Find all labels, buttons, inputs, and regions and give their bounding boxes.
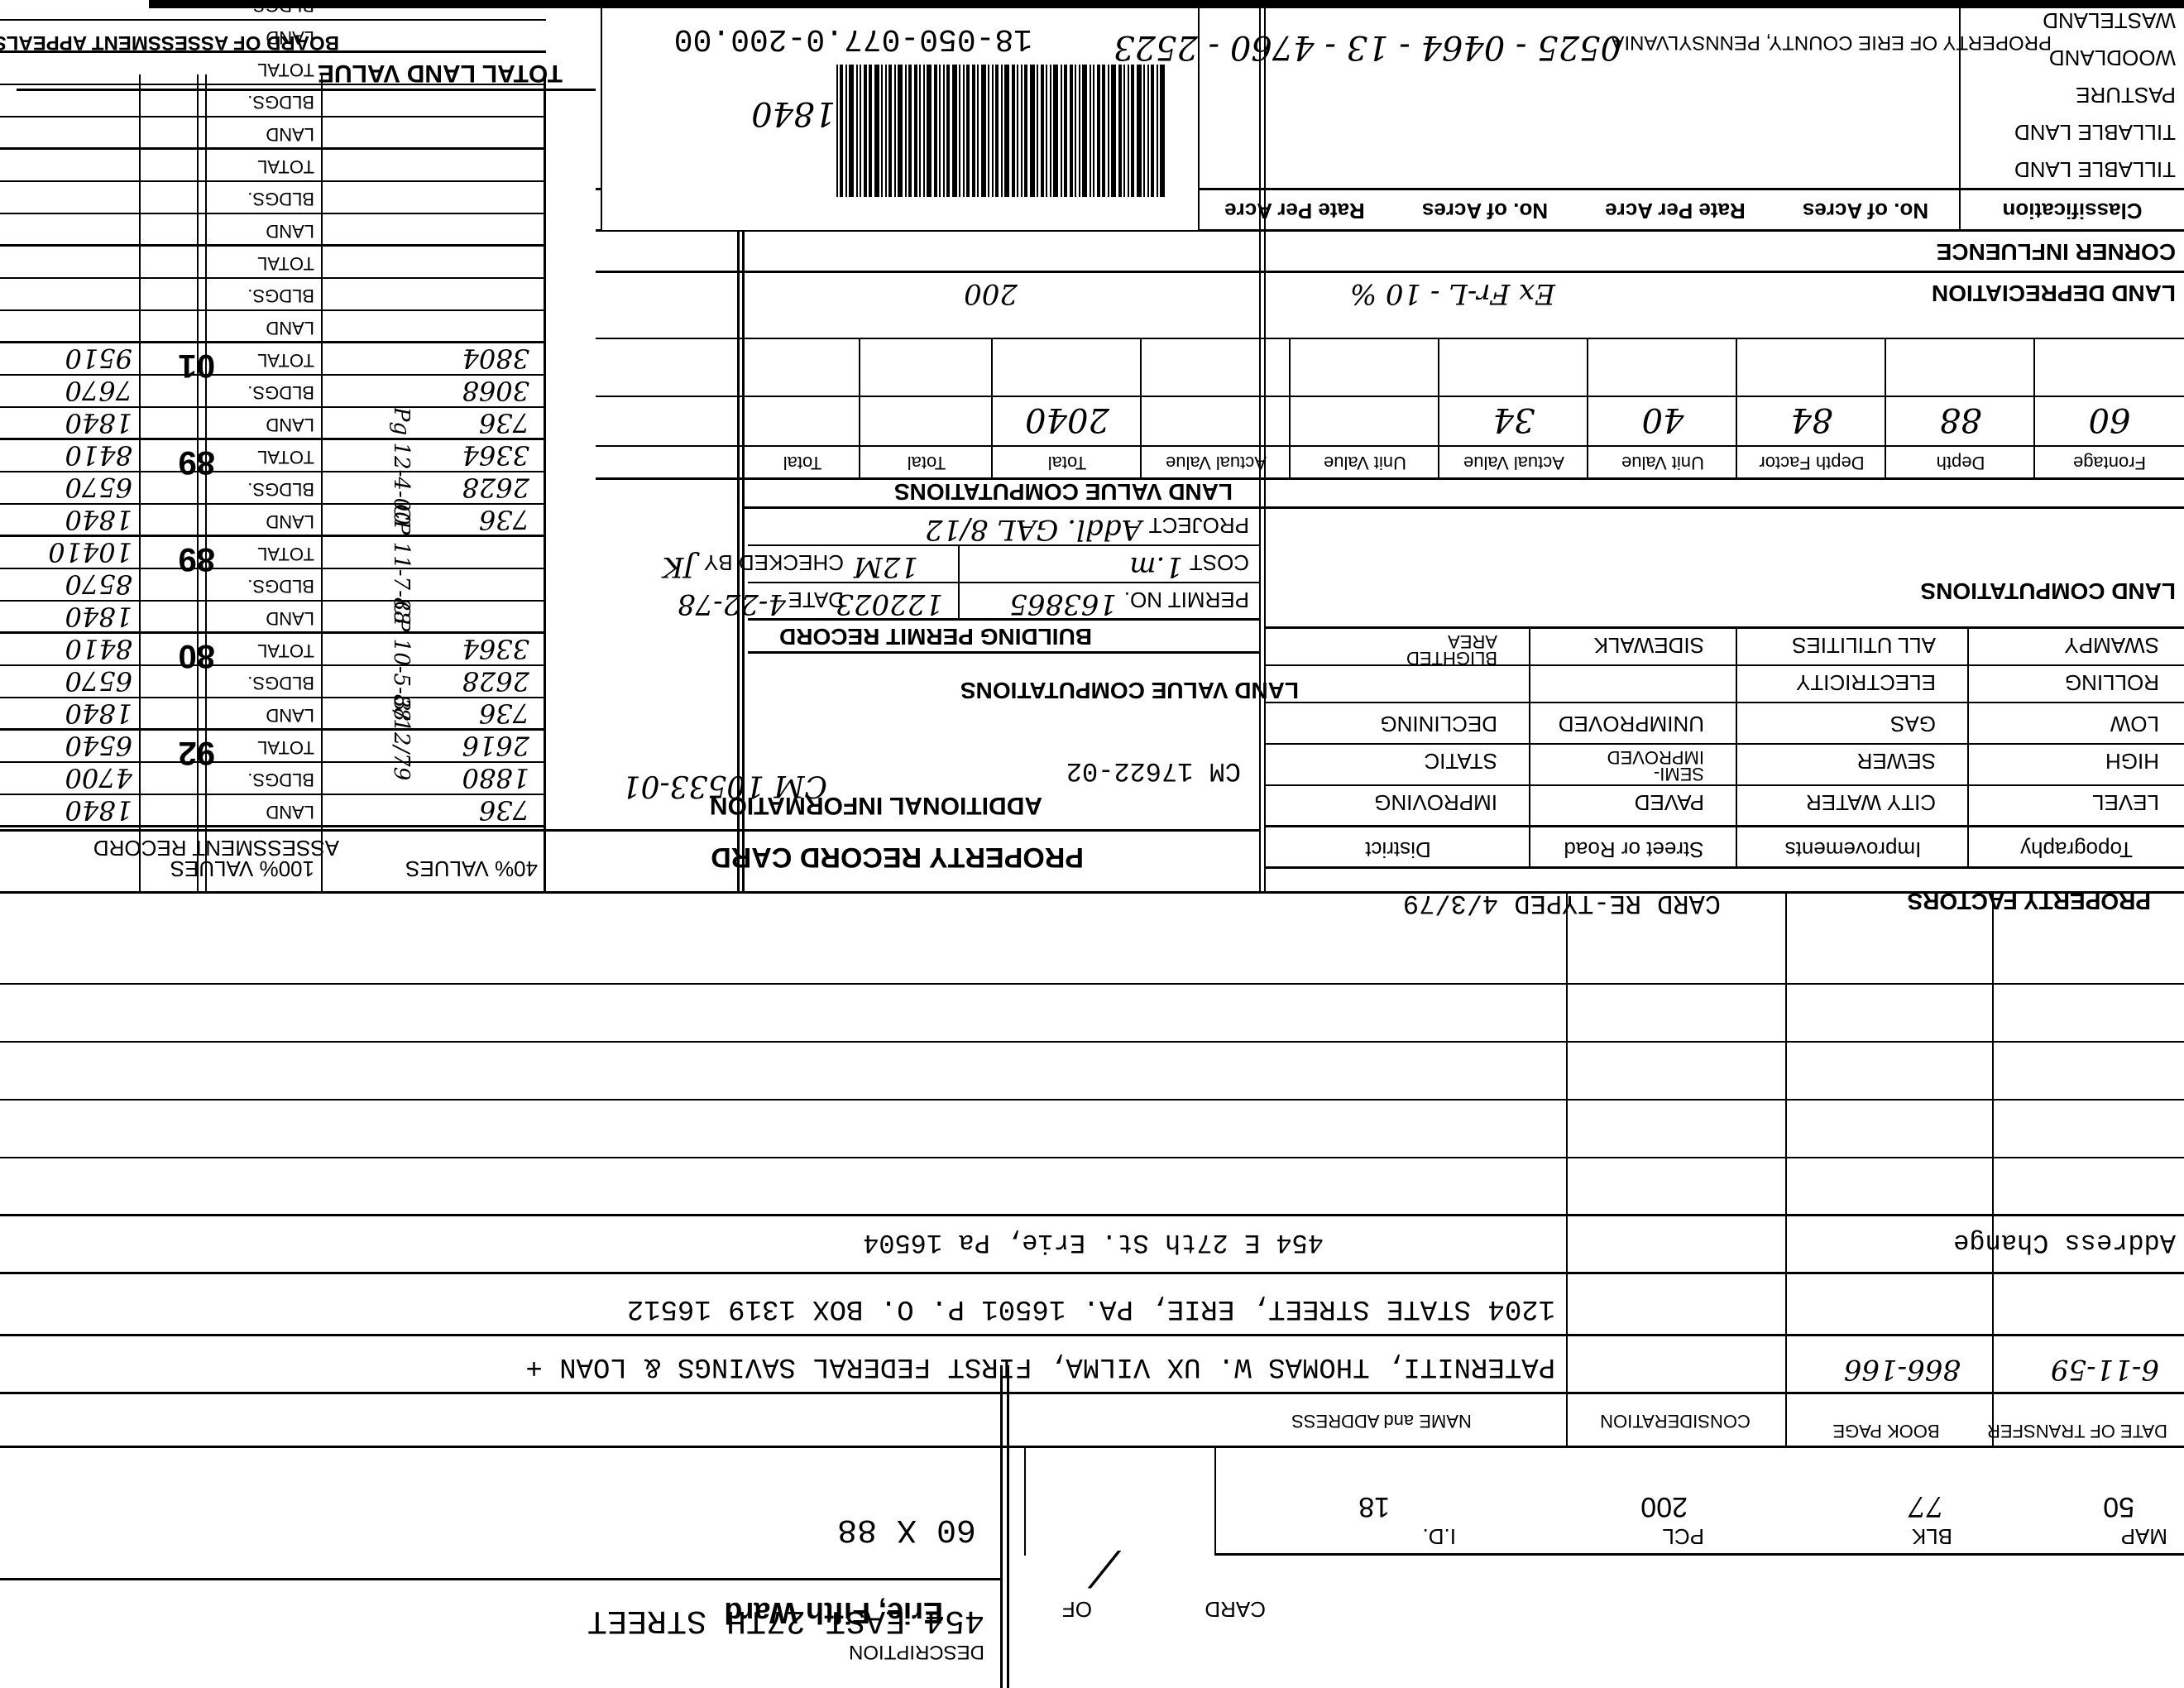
land-value-header: Actual Value: [1439, 452, 1588, 473]
transfer-date: 6-11-59: [2051, 1353, 2159, 1386]
assessment-row-label: LAND: [266, 220, 314, 242]
barcode-bar: [1137, 65, 1142, 197]
assessment-100-value: 1840: [65, 407, 132, 439]
rule: [596, 271, 2184, 273]
assessment-40-value: 736: [479, 794, 529, 826]
barcode-bar: [1079, 65, 1080, 197]
rule: [0, 568, 546, 569]
street-header: Street or Road: [1530, 837, 1737, 862]
rule: [596, 396, 2184, 397]
rule: [596, 338, 2184, 339]
rule: [0, 147, 546, 150]
barcode-bar: [1151, 65, 1154, 197]
assessment-100-value: 1840: [65, 698, 132, 729]
rule: [321, 74, 323, 894]
barcode-bar: [1131, 65, 1134, 197]
barcode-bar: [874, 65, 879, 197]
rule: [0, 600, 546, 602]
factor-blighted-area: BLIGHTED AREA: [1373, 633, 1497, 666]
topography-header: Topography: [1969, 837, 2184, 862]
assessment-100-value: 1840: [65, 504, 132, 535]
rule: [0, 503, 546, 505]
barcode-bar: [885, 65, 887, 197]
assessment-row-label: TOTAL: [257, 59, 314, 80]
barcode-bar: [927, 65, 932, 197]
county-title: PROPERTY OF ERIE COUNTY, PENNSYLVANIA: [1611, 31, 2052, 54]
barcode-bar: [1004, 65, 1009, 197]
barcode-bar: [1024, 65, 1027, 197]
barcode-bar: [946, 65, 950, 197]
land-value-cell: 84: [1737, 400, 1886, 439]
rule: [1785, 894, 1787, 1448]
barcode-bar: [845, 65, 847, 197]
barcode-bar: [995, 65, 999, 197]
rule: [1266, 702, 2184, 703]
barcode-bar: [1097, 65, 1100, 197]
barcode-bar: [939, 65, 941, 197]
barcode-bar: [943, 65, 945, 197]
rule: [0, 406, 546, 408]
factor-static: STATIC: [1424, 748, 1497, 774]
rule: [0, 1272, 2184, 1274]
factor-semi-improved: SEMI-IMPROVED: [1572, 749, 1704, 782]
rule: [0, 1578, 1001, 1580]
transfer-name: PATERNITI, THOMAS W. UX VILMA, FIRST FED…: [525, 1350, 1555, 1382]
barcode-bar: [869, 65, 872, 197]
assessment-40-value: 736: [479, 407, 529, 439]
rule: [0, 983, 2184, 985]
barcode-bar: [1050, 65, 1051, 197]
transfer-new-address: 454 E 27th St. Erie, Pa 16504: [863, 1227, 1324, 1258]
barcode-bar: [923, 65, 925, 197]
rule: [1266, 866, 2184, 869]
rule: [0, 829, 1261, 832]
description-value: 454 EAST 27TH STREET: [587, 1601, 984, 1638]
permit-no-value-2: 122023: [836, 587, 943, 621]
factor-swampy: SWAMPY: [2064, 632, 2159, 658]
assessment-40-value: 3364: [462, 633, 529, 664]
cost-value-2: 12M: [854, 550, 918, 583]
barcode-bar: [1064, 65, 1067, 197]
rule: [1264, 0, 1266, 894]
barcode-bar: [977, 65, 979, 197]
barcode-bar: [1012, 65, 1015, 197]
rule: [0, 1157, 2184, 1158]
assessment-row-label: LAND: [266, 26, 314, 48]
transfer-book-page: 866-166: [1844, 1353, 1961, 1386]
property-record-card-title: PROPERTY RECORD CARD: [711, 841, 1084, 873]
acreage-row-tillable-2: TILLABLE LAND: [2014, 119, 2176, 145]
rule: [748, 582, 1261, 583]
rule: [0, 244, 546, 247]
rule: [0, 664, 546, 666]
land-value-cell: 34: [1439, 400, 1588, 439]
assessment-year-stamp: 89: [179, 540, 216, 578]
barcode-bar: [1157, 65, 1158, 197]
assessment-row-label: LAND: [266, 704, 314, 726]
retyped-note: CARD RE-TYPED 4/3/79: [1403, 888, 1721, 918]
land-depreciation-label: LAND DEPRECIATION: [1932, 280, 2176, 306]
land-value-header: Frontage: [2035, 452, 2184, 473]
barcode-bar: [1118, 65, 1122, 197]
assessment-100-value: 1840: [65, 794, 132, 826]
barcode-bar: [1061, 65, 1062, 197]
barcode-bar: [1030, 65, 1035, 197]
cost-value: 1.m: [1129, 550, 1183, 583]
cost-label: COST: [1190, 549, 1249, 575]
land-value-cell: 88: [1886, 400, 2035, 439]
assessment-row-label: TOTAL: [257, 156, 314, 177]
assessment-100-value: 7670: [65, 375, 132, 406]
rule: [0, 116, 546, 117]
project-label: PROJECT: [1149, 512, 1249, 538]
rule: [743, 339, 745, 480]
barcode-bar: [881, 65, 883, 197]
barcode-bar: [966, 65, 970, 197]
rate-header-2: Rate Per Acre: [1200, 198, 1390, 223]
checked-by-value: JK: [663, 550, 695, 583]
barcode-bar: [1082, 65, 1087, 197]
barcode-bar: [905, 65, 907, 197]
barcode-bar: [914, 65, 917, 197]
barcode-text: 18-050-077.0-200.00: [674, 21, 1032, 56]
pcl-value: 200: [1640, 1490, 1688, 1523]
improvements-header: Improvements: [1737, 837, 1969, 862]
top-edge-bar: [149, 0, 2184, 8]
col-100-header: 100% VALUES: [170, 856, 314, 881]
assessment-40-value: 736: [479, 504, 529, 535]
building-permit-title: BUILDING PERMIT RECORD: [779, 623, 1092, 650]
assessment-100-value: 8410: [65, 633, 132, 664]
barcode-bar: [1037, 65, 1038, 197]
assessment-row-label: TOTAL: [257, 736, 314, 758]
assessment-100-value: 1840: [65, 601, 132, 632]
land-depreciation-value: 200: [964, 277, 1018, 310]
rule: [1214, 1448, 1216, 1556]
rule: [1266, 743, 2184, 745]
barcode-bar: [988, 65, 989, 197]
col-40-header: 40% VALUES: [405, 856, 538, 881]
handwritten-code: 0525 - 0464 - 13 - 4760 - 2523: [1114, 28, 1621, 66]
rule: [0, 1214, 2184, 1216]
assessment-year-stamp: 89: [179, 444, 216, 481]
assessment-40-value: 2628: [462, 472, 529, 503]
rule: [0, 761, 546, 763]
assessment-year-stamp: 80: [179, 637, 216, 674]
total-land-value-label: TOTAL LAND VALUE: [318, 59, 563, 87]
assessment-row-label: LAND: [266, 607, 314, 629]
barcode-bar: [1090, 65, 1091, 197]
permit-date-value: 4-22-78: [678, 587, 786, 621]
factor-sidewalk: SIDEWALK: [1594, 632, 1704, 658]
acreage-row-woodland: WOODLAND: [2049, 45, 2176, 70]
barcode-label: 18-050-077.0-200.00: [601, 0, 1200, 232]
rule: [0, 794, 546, 795]
rule: [1216, 1553, 2184, 1556]
total-land-value: 1840: [751, 94, 836, 132]
assessment-row-label: BLDGS.: [247, 672, 314, 693]
barcode-bar: [1075, 65, 1076, 197]
card-label: CARD: [1205, 1596, 1266, 1622]
barcode-bar: [981, 65, 986, 197]
land-value-computations-title: LAND VALUE COMPUTATIONS: [894, 478, 1233, 505]
barcode-bar: [894, 65, 896, 197]
land-value-cell: 2040: [993, 400, 1142, 439]
land-value-header: Total: [860, 452, 993, 473]
assessment-row-label: BLDGS.: [247, 188, 314, 209]
consideration-header: CONSIDERATION: [1572, 1410, 1779, 1431]
district-header: District: [1266, 837, 1530, 862]
barcode-bar: [1128, 65, 1129, 197]
barcode-bar: [1041, 65, 1044, 197]
acres-header-2: No. of Acres: [1390, 198, 1580, 223]
transfer-address: 1204 STATE STREET, ERIE, PA. 16501 P. O.…: [627, 1292, 1555, 1324]
barcode-bar: [908, 65, 912, 197]
map-label: MAP: [2121, 1523, 2167, 1549]
barcode-bar: [898, 65, 903, 197]
barcode-bar: [1143, 65, 1145, 197]
rule: [0, 471, 546, 472]
assessment-row-label: LAND: [266, 801, 314, 822]
rule: [0, 1446, 2184, 1448]
factor-unimproved: UNIMPROVED: [1559, 711, 1704, 736]
assessment-row-label: BLDGS.: [247, 381, 314, 403]
property-factors-title: PROPERTY FACTORS: [1907, 888, 2151, 914]
assessment-100-value: 8570: [65, 568, 132, 600]
property-record-card: ⁄ CARD OF Erie, Fifth Ward MAP 50 BLK 77…: [0, 0, 2184, 1688]
rule: [0, 891, 2184, 894]
land-value-cell: 60: [2035, 400, 2184, 439]
barcode-bar: [836, 65, 838, 197]
rule: [0, 277, 546, 279]
rule: [1000, 1365, 1003, 1688]
assessment-row-label: LAND: [266, 511, 314, 532]
assessment-100-value: 6570: [65, 665, 132, 697]
assessment-note: Pg 12-4-00: [389, 407, 414, 525]
rule: [0, 213, 546, 214]
id-value: 18: [1358, 1490, 1390, 1523]
rate-header-1: Rate Per Acre: [1580, 198, 1770, 223]
land-value-cell: 40: [1588, 400, 1737, 439]
land-computations-title: LAND COMPUTATIONS: [1921, 578, 2177, 604]
book-page-header: BOOK PAGE: [1787, 1422, 1985, 1440]
assessment-40-value: 736: [479, 698, 529, 729]
assessment-40-value: 3068: [462, 375, 529, 406]
barcode-bar: [1017, 65, 1018, 197]
barcode-bar: [963, 65, 965, 197]
assessment-row-label: TOTAL: [257, 252, 314, 274]
barcode-bar: [959, 65, 960, 197]
assessment-row-label: TOTAL: [257, 349, 314, 371]
barcode-bar: [840, 65, 843, 197]
rule: [748, 618, 1261, 621]
assessment-40-value: 1880: [462, 762, 529, 794]
rule: [0, 19, 546, 21]
barcode-bar: [1046, 65, 1047, 197]
land-value-header: Unit Value: [1588, 452, 1737, 473]
rule: [139, 74, 141, 894]
rule: [0, 50, 546, 53]
land-depreciation-note: Ex Fr-L - 10 %: [1350, 277, 1555, 310]
assessment-row-label: LAND: [266, 414, 314, 435]
rule: [1992, 894, 1994, 1448]
rule: [1266, 626, 2184, 629]
barcode-bar: [864, 65, 867, 197]
barcode-bar: [856, 65, 858, 197]
land-value-header: Depth Factor: [1737, 452, 1886, 473]
rule: [544, 74, 546, 894]
blk-label: BLK: [1912, 1523, 1952, 1549]
blk-value: 77: [1909, 1489, 1944, 1523]
barcode-bar: [1093, 65, 1094, 197]
factor-gas: GAS: [1890, 711, 1936, 736]
rule: [1024, 1448, 1026, 1556]
factor-all-utilities: ALL UTILITIES: [1792, 632, 1936, 658]
id-label: I.D.: [1423, 1523, 1456, 1549]
address-change-label: Address Change: [1953, 1227, 2176, 1258]
additional-info-typed: CM 17622-02: [1066, 755, 1241, 786]
factor-electricity: ELECTRICITY: [1796, 669, 1936, 695]
pcl-label: PCL: [1662, 1523, 1704, 1549]
additional-info-handwritten: CM 10533-01: [622, 769, 827, 803]
assessment-100-value: 6570: [65, 472, 132, 503]
barcode-bar: [1021, 65, 1023, 197]
land-value-title: LAND VALUE COMPUTATIONS: [960, 677, 1299, 703]
factor-improving: IMPROVING: [1374, 789, 1497, 815]
assessment-row-label: TOTAL: [257, 446, 314, 468]
rule: [0, 1099, 2184, 1101]
land-value-header: Depth: [1886, 452, 2035, 473]
assessment-row-label: BLDGS.: [247, 478, 314, 500]
assessment-40-value: 3364: [462, 439, 529, 471]
rule: [958, 546, 960, 621]
factor-low: LOW: [2110, 711, 2159, 736]
assessment-row-label: LAND: [266, 317, 314, 338]
barcode-bar: [888, 65, 892, 197]
assessment-100-value: 8410: [65, 439, 132, 471]
land-value-header: Unit Value: [1291, 452, 1439, 473]
assessment-year-stamp: 01: [179, 347, 216, 384]
corner-influence-label: CORNER INFLUENCE: [1937, 238, 2176, 265]
rule: [0, 1392, 2184, 1394]
name-address-header: NAME and ADDRESS: [1208, 1410, 1555, 1431]
rule: [0, 697, 546, 698]
checked-by-label: CHECKED BY: [704, 549, 844, 575]
rule: [0, 341, 546, 343]
rule: [0, 309, 546, 311]
assessment-row-label: LAND: [266, 123, 314, 145]
of-label: OF: [1062, 1596, 1092, 1622]
project-value: Addl. GAL 8/12: [925, 513, 1142, 546]
rule: [0, 180, 546, 182]
factor-rolling: ROLLING: [2065, 669, 2159, 695]
barcode-bar: [1108, 65, 1109, 197]
assessment-100-value: 9510: [65, 343, 132, 374]
factor-city-water: CITY WATER: [1806, 789, 1936, 815]
card-check-mark: ⁄: [1100, 1539, 1109, 1597]
factor-sewer: SEWER: [1857, 748, 1936, 774]
rule: [748, 651, 1261, 654]
barcode-bar: [992, 65, 994, 197]
description-label: DESCRIPTION: [849, 1640, 984, 1663]
rule: [1259, 0, 1261, 894]
acreage-row-tillable-1: TILLABLE LAND: [2014, 156, 2176, 182]
acres-header-1: No. of Acres: [1770, 198, 1961, 223]
rule: [0, 374, 546, 376]
barcode-bar: [1147, 65, 1149, 197]
assessment-row-label: BLDGS.: [247, 575, 314, 597]
map-value: 50: [2103, 1490, 2134, 1523]
barcode-bar: [1160, 65, 1165, 197]
land-value-header: Total: [745, 452, 860, 473]
assessment-40-value: 3804: [462, 343, 529, 374]
barcode-bar: [1111, 65, 1116, 197]
factor-level: LEVEL: [2092, 789, 2159, 815]
rule: [1266, 784, 2184, 786]
permit-no-value: 163865: [1009, 587, 1117, 621]
assessment-100-value: 6540: [65, 730, 132, 761]
barcode-bar: [1070, 65, 1073, 197]
barcode-bar: [1102, 65, 1105, 197]
rule: [596, 477, 2184, 480]
assessment-row-label: BLDGS.: [247, 91, 314, 113]
acreage-row-wasteland: WASTELAND: [2043, 7, 2176, 33]
assessment-row-label: BLDGS.: [247, 285, 314, 306]
assessment-40-value: 2616: [462, 730, 529, 761]
rule: [0, 1041, 2184, 1043]
assessment-year-stamp: 92: [179, 734, 216, 771]
rule: [1266, 825, 2184, 827]
rule: [0, 84, 546, 85]
assessment-40-value: 2628: [462, 665, 529, 697]
barcode-bar: [919, 65, 921, 197]
classification-header: Classification: [1961, 198, 2184, 223]
land-value-header: Total: [993, 452, 1142, 473]
barcode-icon: [635, 65, 1165, 197]
barcode-bar: [972, 65, 975, 197]
assessment-row-label: BLDGS.: [247, 0, 314, 16]
rule: [1566, 894, 1568, 1448]
barcode-bar: [1053, 65, 1058, 197]
dimensions: 60 X 88: [837, 1510, 976, 1547]
barcode-bar: [1001, 65, 1003, 197]
rule: [596, 445, 2184, 447]
assessment-row-label: TOTAL: [257, 640, 314, 661]
barcode-bar: [934, 65, 937, 197]
barcode-bar: [1123, 65, 1125, 197]
assessment-row-label: BLDGS.: [247, 769, 314, 790]
permit-no-label: PERMIT NO.: [1124, 587, 1249, 612]
acreage-row-pasture: PASTURE: [2076, 82, 2176, 108]
assessment-100-value: 10410: [48, 536, 132, 568]
factor-paved: PAVED: [1635, 789, 1704, 815]
factor-high: HIGH: [2105, 748, 2159, 774]
barcode-bar: [849, 65, 854, 197]
transfer-date-header: DATE OF TRANSFER: [2002, 1422, 2167, 1440]
land-value-header: Actual Value: [1142, 452, 1291, 473]
assessment-row-label: TOTAL: [257, 543, 314, 564]
assessment-100-value: 4700: [65, 762, 132, 794]
rule: [0, 1334, 2184, 1336]
permit-date-label: DATE: [788, 587, 844, 612]
factor-declining: DECLINING: [1380, 711, 1497, 736]
rule: [1007, 1365, 1009, 1688]
barcode-bar: [952, 65, 957, 197]
rule: [745, 506, 2184, 509]
barcode-bar: [860, 65, 861, 197]
